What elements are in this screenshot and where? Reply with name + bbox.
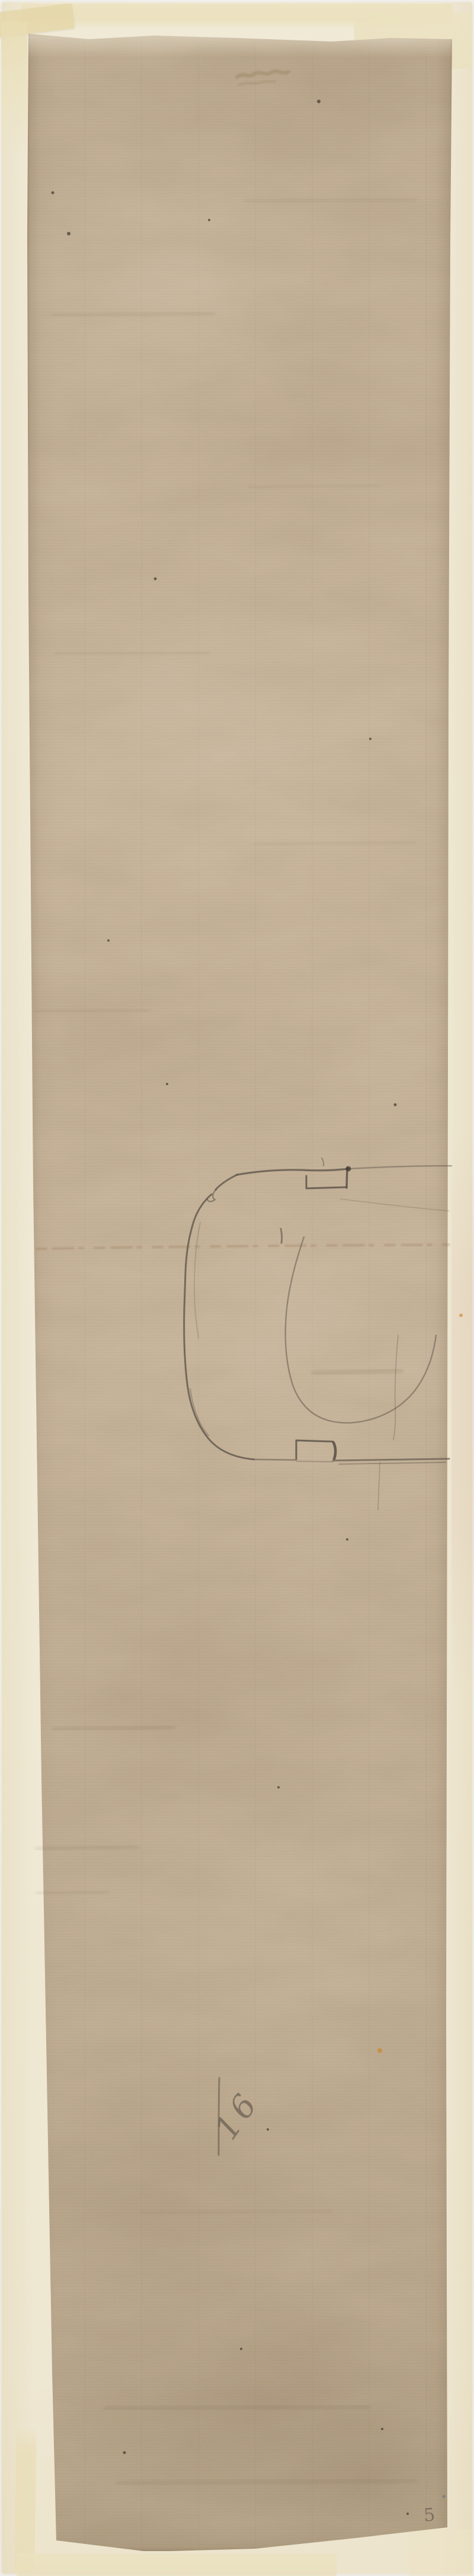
tape-bottom-edge <box>17 2553 337 2576</box>
paper-strip <box>27 32 453 2551</box>
tape-bottom-right <box>409 2530 473 2576</box>
tape-top-left-vertical <box>1 21 27 158</box>
mount-right-tint <box>451 1129 474 1692</box>
tape-bottom-left <box>14 2427 36 2570</box>
paper-grain <box>27 32 453 2551</box>
